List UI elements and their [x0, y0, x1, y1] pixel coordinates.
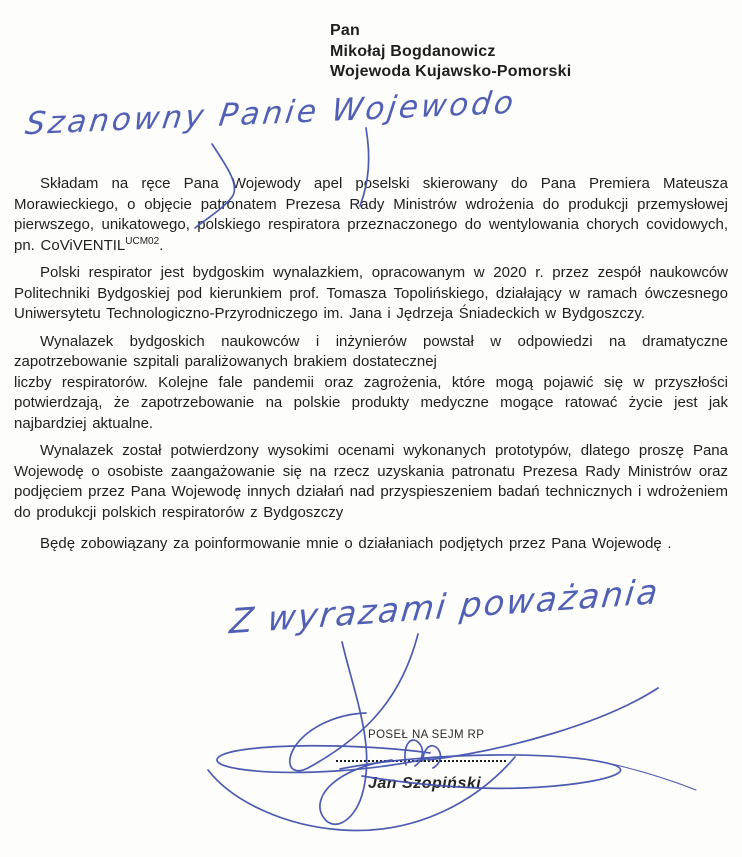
- signature-scrawl-cross: [290, 634, 418, 771]
- paragraph-2: Polski respirator jest bydgoskim wynalaz…: [14, 263, 728, 325]
- recipient-title: Wojewoda Kujawsko-Pomorski: [330, 62, 571, 83]
- signature-scrawl-bottom-loop: [208, 757, 515, 830]
- signature-name: Jan Szopiński: [368, 775, 481, 793]
- paragraph-1-suffix: .: [159, 237, 163, 254]
- paragraph-3: Wynalazek bydgoskich naukowców i inżynie…: [14, 332, 728, 373]
- recipient-name: Mikołaj Bogdanowicz: [330, 42, 571, 63]
- signature-scrawl-tail: [612, 764, 696, 790]
- signature-dotted-line: [336, 760, 506, 762]
- paragraph-4: liczby respiratorów. Kolejne fale pandem…: [14, 373, 728, 435]
- letter-page: Pan Mikołaj Bogdanowicz Wojewoda Kujawsk…: [0, 0, 742, 857]
- paragraph-1: Składam na ręce Pana Wojewody apel posel…: [14, 174, 728, 256]
- recipient-salutation: Pan: [330, 21, 571, 42]
- signature-scrawl-diagonal: [428, 688, 658, 760]
- signature-title: POSEŁ NA SEJM RP: [368, 729, 484, 741]
- paragraph-6: Będę zobowiązany za poinformowanie mnie …: [14, 530, 728, 557]
- paragraph-5: Wynalazek został potwierdzony wysokimi o…: [14, 441, 728, 523]
- handwritten-closing: Z wyrazami poważania: [228, 572, 662, 642]
- respirator-superscript: UCM02: [125, 236, 159, 247]
- handwritten-greeting: Szanowny Panie Wojewodo: [23, 85, 518, 143]
- recipient-block: Pan Mikołaj Bogdanowicz Wojewoda Kujawsk…: [330, 21, 571, 83]
- letter-body: Składam na ręce Pana Wojewody apel posel…: [14, 174, 728, 564]
- signature-initials-squiggle: [405, 740, 441, 768]
- paragraph-1-text: Składam na ręce Pana Wojewody apel posel…: [14, 175, 728, 254]
